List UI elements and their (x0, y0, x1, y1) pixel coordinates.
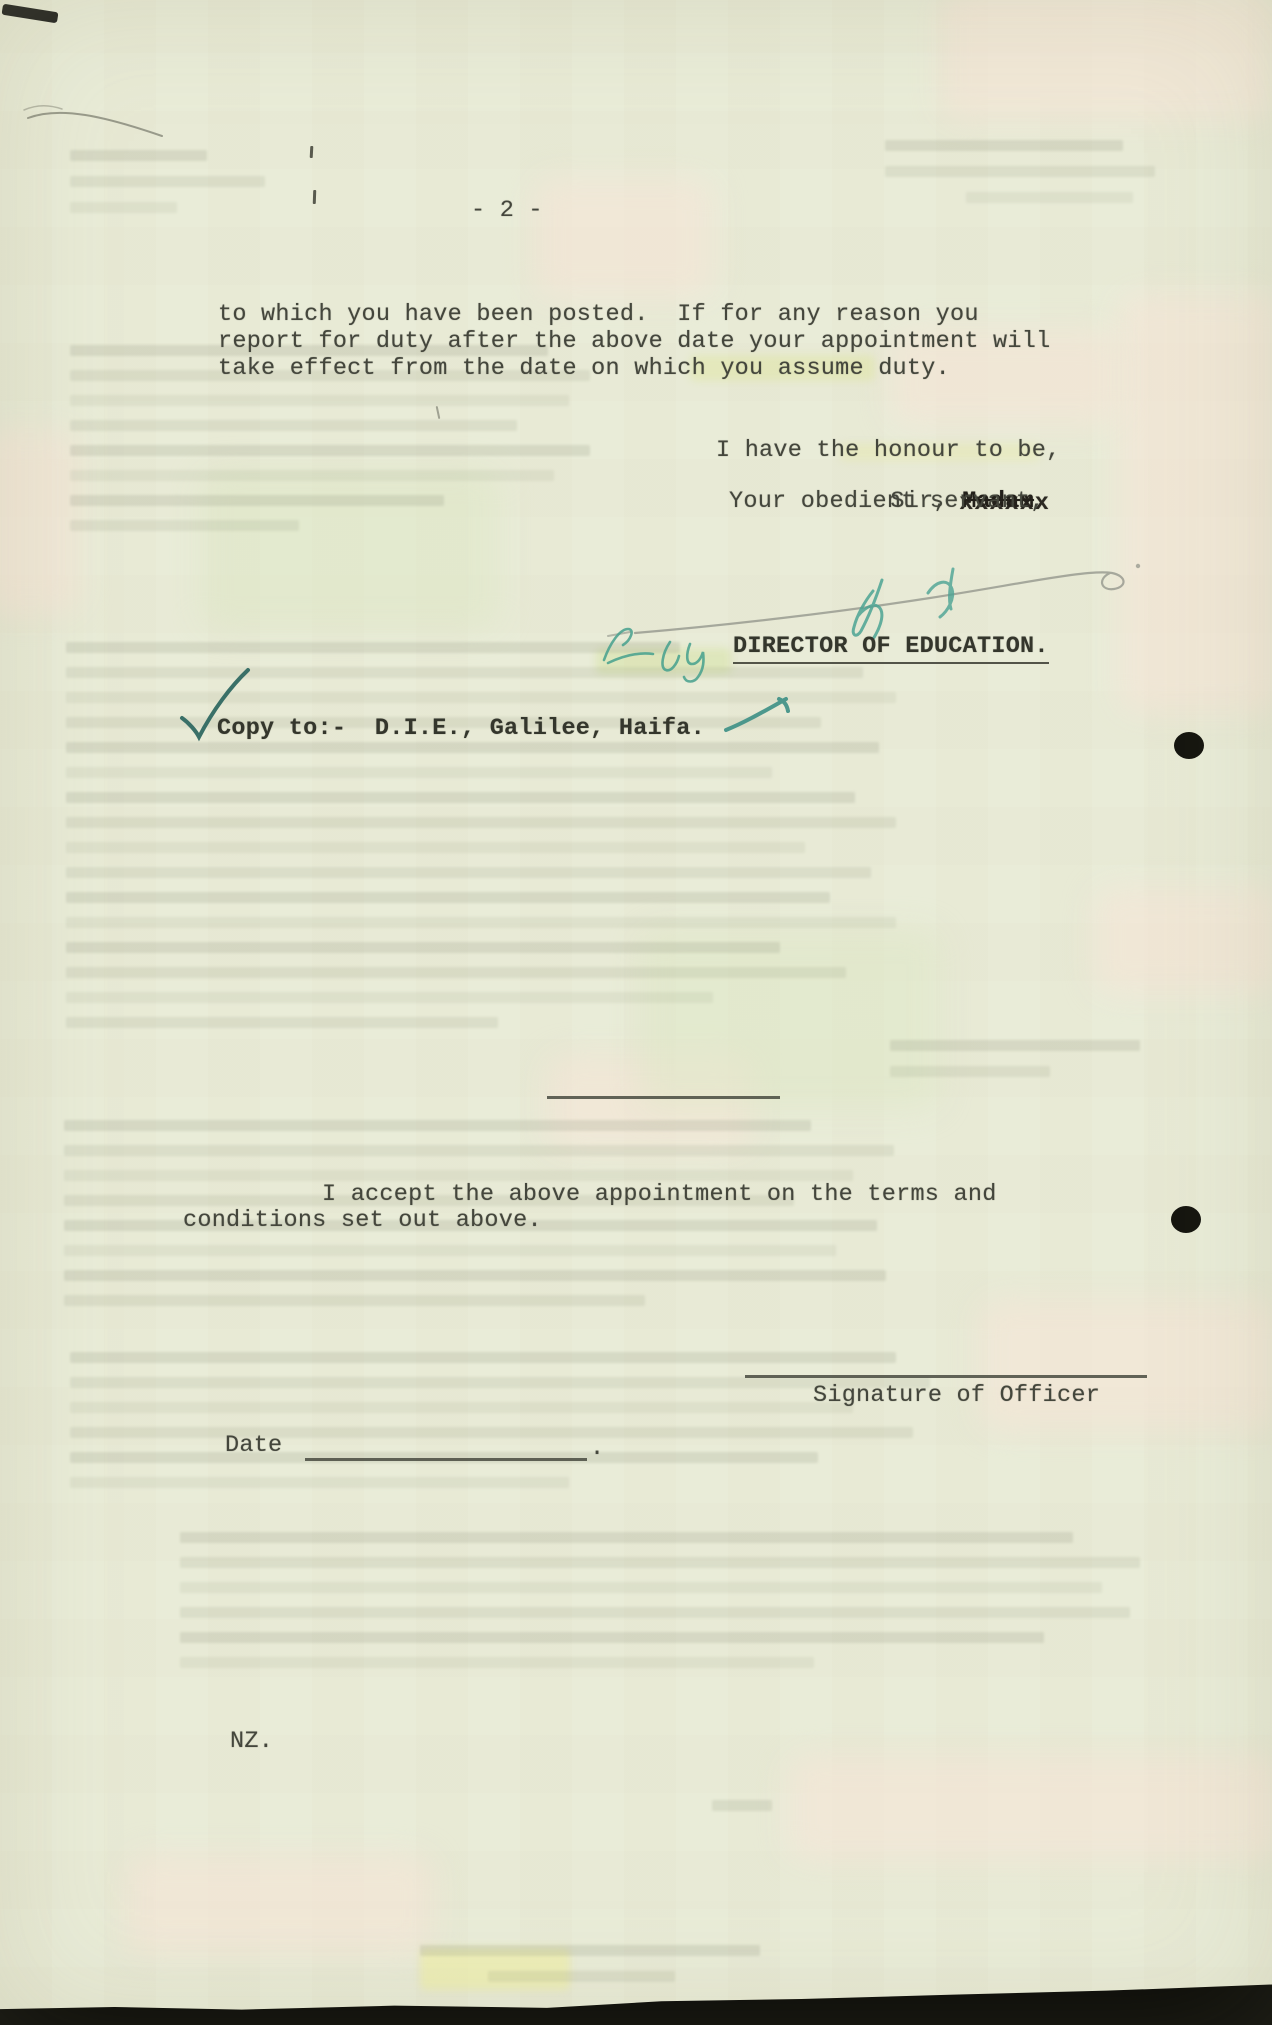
director-title: DIRECTOR OF EDUCATION. (733, 634, 1049, 664)
bleed-through-block (70, 150, 265, 228)
body-paragraph-line: to which you have been posted. If for an… (218, 302, 979, 328)
bleed-through-block (420, 1945, 760, 1997)
tick-mark-ink (718, 690, 808, 740)
paper-stain (127, 1855, 432, 1955)
paper-stain (534, 178, 714, 298)
scan-corner-mark (1, 4, 58, 24)
paper-stain (1094, 888, 1272, 993)
countersign-handwriting (592, 612, 752, 682)
crease-line (20, 84, 170, 154)
paper-stain (940, 0, 1272, 120)
footer-reference: NZ. (230, 1729, 273, 1755)
punch-hole-bottom (1171, 1206, 1201, 1233)
bleed-through-block (180, 1532, 1140, 1682)
signature-caption: Signature of Officer (813, 1383, 1100, 1409)
separator-rule (547, 1096, 780, 1099)
closing-honour-line: I have the honour to be, (716, 438, 1060, 464)
punch-hole-top (1174, 732, 1204, 759)
scanned-letter-page: - 2 - to which you have been posted. If … (0, 0, 1272, 2025)
date-label: Date (225, 1433, 282, 1459)
acceptance-line: conditions set out above. (183, 1208, 542, 1234)
copy-to-line: Copy to:- D.I.E., Galilee, Haifa. (217, 716, 705, 742)
paper-stain (0, 430, 80, 615)
signature-rule (745, 1375, 1147, 1378)
page-number: - 2 - (471, 198, 543, 224)
date-period: . (590, 1436, 604, 1462)
acceptance-line: I accept the above appointment on the te… (322, 1182, 997, 1208)
bleed-through-block (885, 140, 1155, 218)
pen-tick-mark (310, 146, 314, 158)
bleed-through-block (712, 1800, 772, 1826)
body-paragraph-line: report for duty after the above date you… (218, 329, 1050, 355)
body-paragraph-line: take effect from the date on which you a… (218, 356, 950, 382)
date-rule (305, 1458, 587, 1461)
bleed-through-block (890, 1040, 1140, 1092)
pen-tick-mark (313, 190, 316, 204)
paper-stain (788, 1755, 1272, 1860)
obedient-servant-line: Your obedient servant, (729, 489, 1045, 515)
paper-stain (980, 1300, 1272, 1430)
